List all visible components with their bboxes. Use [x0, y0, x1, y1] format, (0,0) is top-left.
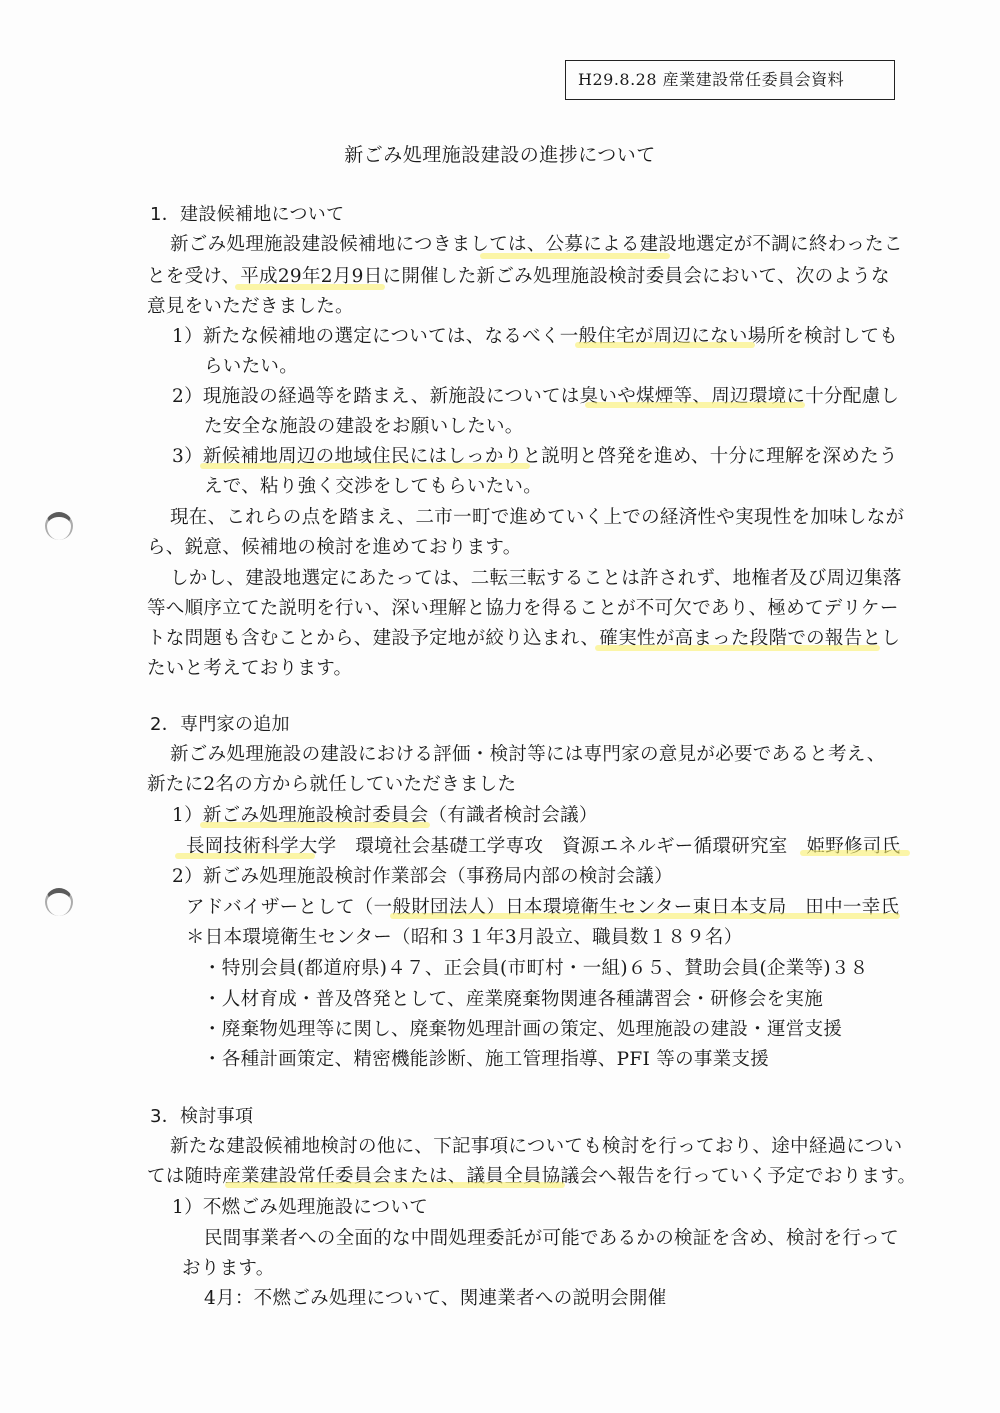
highlight-mark — [235, 284, 385, 290]
section3-para-line1: 新たな建設候補地検討の他に、下記事項についても検討を行っており、途中経過につい — [170, 1132, 902, 1158]
section2-bullet-4: ・各種計画策定、精密機能診断、施工管理指導、PFI 等の事業支援 — [203, 1045, 769, 1071]
highlight-mark — [575, 342, 755, 348]
section1-para2-line1: 現在、これらの点を踏まえ、二市一町で進めていく上での経済性や実現性を加味しなが — [170, 503, 904, 529]
section1-heading: 1．建設候補地について — [150, 200, 344, 226]
document-page: H29.8.28 産業建設常任委員会資料 新ごみ処理施設建設の進捗について 1．… — [0, 0, 1000, 1413]
section2-heading: 2．専門家の追加 — [150, 710, 290, 736]
section2-bullet-2: ・人材育成・普及啓発として、産業廃棄物関連各種講習会・研修会を実施 — [203, 985, 823, 1011]
highlight-mark — [225, 1182, 565, 1188]
highlight-mark — [390, 913, 900, 919]
section3-item1: 1）不燃ごみ処理施設について — [172, 1193, 428, 1219]
highlight-mark — [480, 253, 670, 259]
highlight-mark — [175, 853, 315, 859]
section3-item1-body-line1: 民間事業者への全面的な中間処理委託が可能であるかの検証を含め、検討を行って — [204, 1224, 899, 1250]
section1-item1-line2: らいたい。 — [204, 352, 298, 378]
section1-item2-line2: た安全な施設の建設をお願いしたい。 — [204, 412, 524, 438]
section2-para-line1: 新ごみ処理施設の建設における評価・検討等には専門家の意見が必要であると考え、 — [170, 740, 886, 766]
section1-item1-line1: 1）新たな候補地の選定については、なるべく一般住宅が周辺にない場所を検討しても — [172, 322, 898, 348]
section3-item1-schedule: 4月：不燃ごみ処理について、関連業者への説明会開催 — [204, 1284, 667, 1310]
highlight-mark — [200, 463, 530, 469]
section1-para3-line2: 等へ順序立てた説明を行い、深い理解と協力を得ることが不可欠であり、極めてデリケー — [147, 594, 899, 620]
section2-para-line2: 新たに2名の方から就任していただきました — [147, 770, 516, 796]
section2-item2: 2）新ごみ処理施設検討作業部会（事務局内部の検討会議） — [172, 862, 673, 888]
highlight-mark — [595, 645, 880, 651]
section3-heading: 3．検討事項 — [150, 1102, 253, 1128]
section1-para3-line4: たいと考えております。 — [147, 654, 352, 680]
punch-hole-mark — [45, 512, 73, 540]
highlight-mark — [585, 402, 805, 408]
header-box: H29.8.28 産業建設常任委員会資料 — [565, 60, 895, 100]
section2-note: ＊日本環境衛生センター（昭和３１年3月設立、職員数１８９名） — [186, 923, 743, 949]
highlight-mark — [800, 850, 910, 856]
section1-item3-line2: えで、粘り強く交渉をしてもらいたい。 — [204, 472, 542, 498]
section2-bullet-1: ・特別会員(都道府県)４７、正会員(市町村・一組)６５、賛助会員(企業等)３８ — [203, 954, 869, 980]
section1-para1-line3: 意見をいただきました。 — [147, 292, 354, 318]
page-title: 新ごみ処理施設建設の進捗について — [0, 140, 1000, 167]
highlight-mark — [200, 822, 430, 828]
section2-bullet-3: ・廃棄物処理等に関し、廃棄物処理計画の策定、処理施設の建設・運営支援 — [203, 1015, 842, 1041]
punch-hole-mark — [45, 888, 73, 916]
section1-para3-line1: しかし、建設地選定にあたっては、二転三転することは許されず、地権者及び周辺集落 — [170, 564, 902, 590]
section3-item1-body-line2: おります。 — [182, 1254, 275, 1280]
section1-para2-line2: ら、鋭意、候補地の検討を進めております。 — [147, 533, 522, 559]
